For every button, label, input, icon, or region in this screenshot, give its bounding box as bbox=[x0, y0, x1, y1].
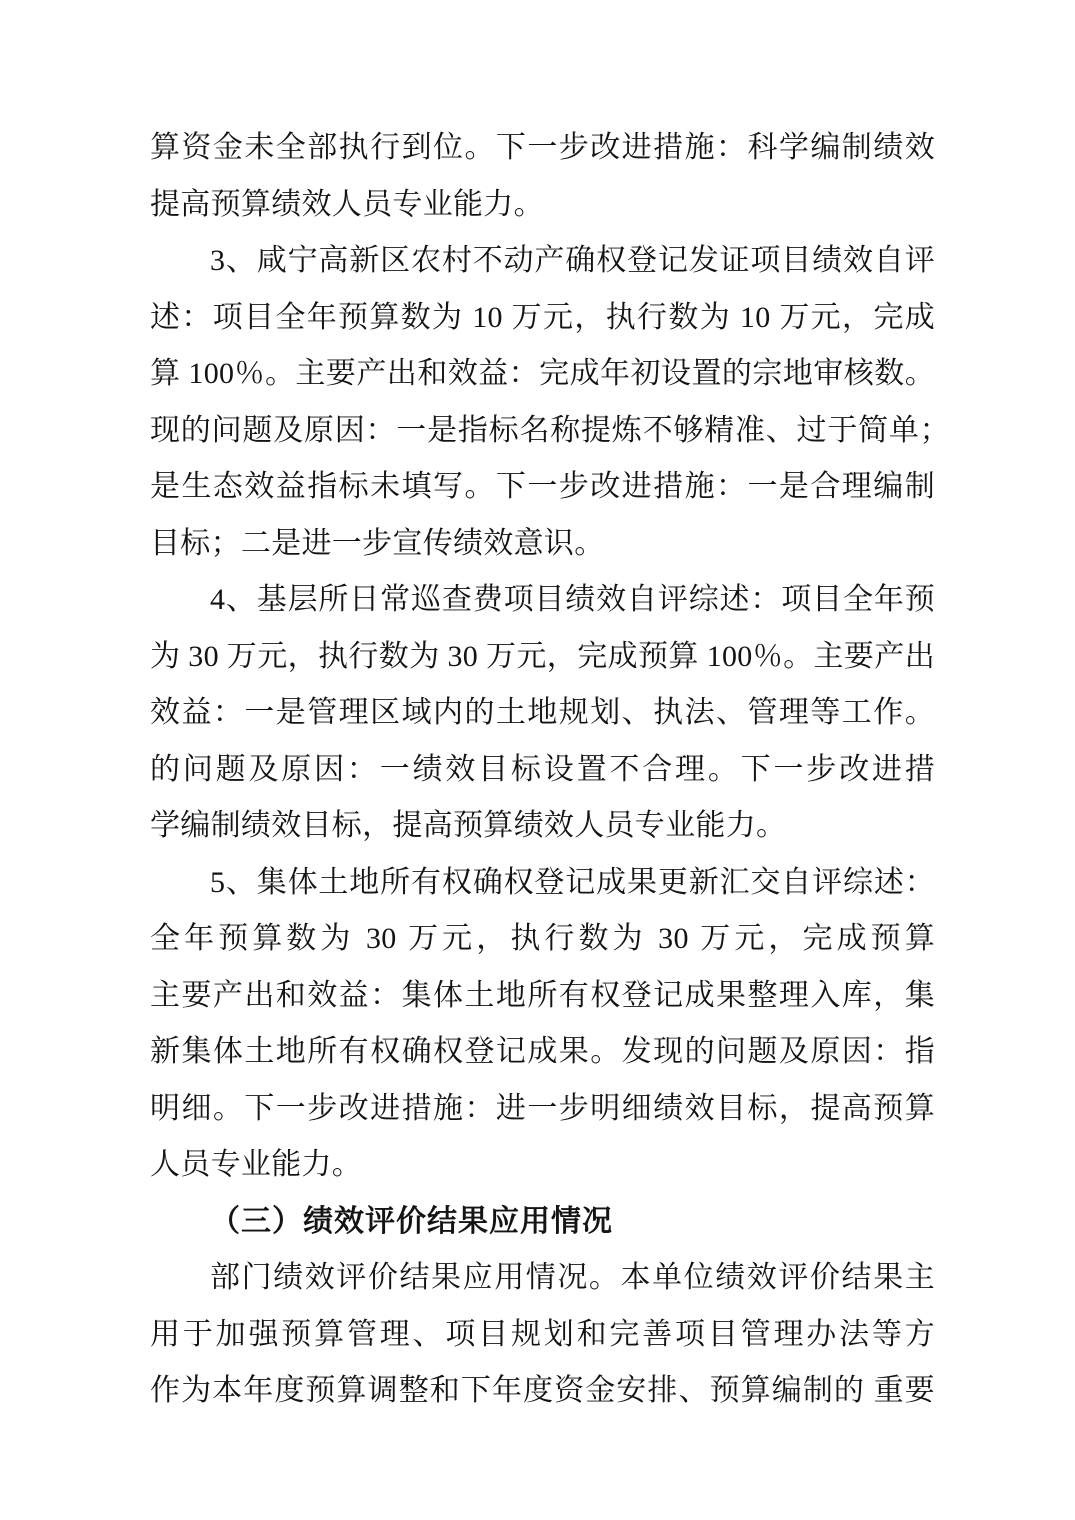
text-line: （三）绩效评价结果应用情况 bbox=[150, 1194, 935, 1251]
text-line: 是生态效益指标未填写。下一步改进措施：一是合理编制绩效 bbox=[150, 459, 935, 516]
text-line: 全年预算数为 30 万元，执行数为 30 万元，完成预算 100％。 bbox=[150, 911, 935, 968]
document-content: 算资金未全部执行到位。下一步改进措施：科学编制绩效目标，提高预算绩效人员专业能力… bbox=[0, 0, 1075, 1420]
text-line: 效益：一是管理区域内的土地规划、执法、管理等工作。发现 bbox=[150, 685, 935, 742]
text-line: 人员专业能力。 bbox=[150, 1137, 935, 1194]
text-line: 3、咸宁高新区农村不动产确权登记发证项目绩效自评综 bbox=[150, 233, 935, 290]
paragraph: 4、基层所日常巡查费项目绩效自评综述：项目全年预算数为 30 万元，执行数为 3… bbox=[150, 572, 935, 855]
text-line: 提高预算绩效人员专业能力。 bbox=[150, 177, 935, 234]
document-page: 算资金未全部执行到位。下一步改进措施：科学编制绩效目标，提高预算绩效人员专业能力… bbox=[0, 0, 1075, 1520]
text-line: 5、集体土地所有权确权登记成果更新汇交自评综述：项目 bbox=[150, 855, 935, 912]
text-line: 算资金未全部执行到位。下一步改进措施：科学编制绩效目标， bbox=[150, 120, 935, 177]
paragraph: 算资金未全部执行到位。下一步改进措施：科学编制绩效目标，提高预算绩效人员专业能力… bbox=[150, 120, 935, 233]
text-line: 新集体土地所有权确权登记成果。发现的问题及原因：指标不 bbox=[150, 1024, 935, 1081]
text-line: 用于加强预算管理、项目规划和完善项目管理办法等方 面，并 bbox=[150, 1307, 935, 1364]
text-line: 述：项目全年预算数为 10 万元，执行数为 10 万元，完成预 bbox=[150, 290, 935, 347]
text-line: 算 100％。主要产出和效益：完成年初设置的宗地审核数。发 bbox=[150, 346, 935, 403]
text-line: 现的问题及原因：一是指标名称提炼不够精准、过于简单； 二 bbox=[150, 403, 935, 460]
text-line: 明细。下一步改进措施：进一步明细绩效目标，提高预算绩效 bbox=[150, 1081, 935, 1138]
text-line: 为 30 万元，执行数为 30 万元，完成预算 100％。主要产出和 bbox=[150, 629, 935, 686]
text-line: 学编制绩效目标，提高预算绩效人员专业能力。 bbox=[150, 798, 935, 855]
text-line: 4、基层所日常巡查费项目绩效自评综述：项目全年预算数 bbox=[150, 572, 935, 629]
text-line: 主要产出和效益：集体土地所有权登记成果整理入库，集中更 bbox=[150, 968, 935, 1025]
paragraph: 部门绩效评价结果应用情况。本单位绩效评价结果主要应用于加强预算管理、项目规划和完… bbox=[150, 1250, 935, 1420]
section-heading: （三）绩效评价结果应用情况 bbox=[150, 1194, 935, 1251]
text-line: 目标；二是进一步宣传绩效意识。 bbox=[150, 516, 935, 573]
text-line: 作为本年度预算调整和下年度资金安排、预算编制的 重要依 bbox=[150, 1363, 935, 1420]
paragraph: 5、集体土地所有权确权登记成果更新汇交自评综述：项目全年预算数为 30 万元，执… bbox=[150, 855, 935, 1194]
text-line: 的问题及原因：一绩效目标设置不合理。下一步改进措施：科 bbox=[150, 742, 935, 799]
text-line: 部门绩效评价结果应用情况。本单位绩效评价结果主要应 bbox=[150, 1250, 935, 1307]
paragraph: 3、咸宁高新区农村不动产确权登记发证项目绩效自评综述：项目全年预算数为 10 万… bbox=[150, 233, 935, 572]
